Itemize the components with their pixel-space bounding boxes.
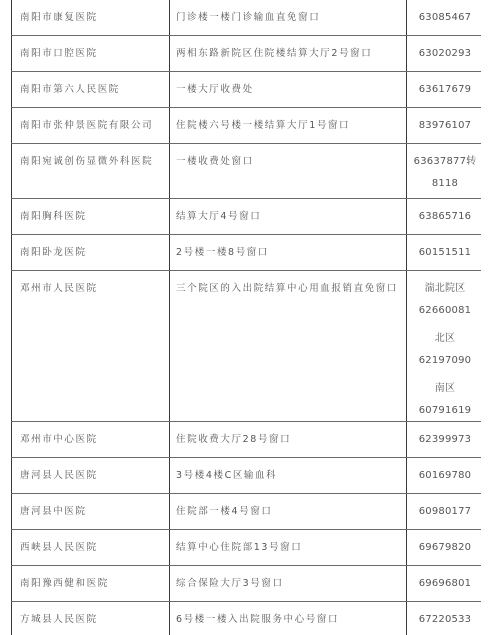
hospital-name-cell: 方城县人民医院 [11,602,169,635]
phone-number: 63637877转8118 [411,151,479,195]
settlement-location-cell: 住院收费大厅28号窗口 [169,422,406,457]
hospital-name-cell: 邓州市人民医院 [11,271,169,421]
settlement-location-cell: 结算大厅4号窗口 [169,199,406,234]
table-row: 南阳胸科医院结算大厅4号窗口63865716 [11,199,481,235]
table-row: 南阳市康复医院门诊楼一楼门诊输血直免窗口63085467 [11,0,481,36]
phone-number: 南区60791619 [411,378,479,422]
hospital-name-cell: 唐河县中医院 [11,494,169,529]
phone-cell: 63865716 [406,199,481,234]
settlement-location-cell: 两相东路新院区住院楼结算大厅2号窗口 [169,36,406,71]
hospital-name-cell: 唐河县人民医院 [11,458,169,493]
table-row: 南阳市张仲景医院有限公司住院楼六号楼一楼结算大厅1号窗口83976107 [11,108,481,144]
phone-number: 69679820 [411,537,479,559]
phone-number: 62399973 [411,429,479,451]
table-row: 唐河县中医院住院部一楼4号窗口60980177 [11,494,481,530]
settlement-location-cell: 一楼大厅收费处 [169,72,406,107]
settlement-location-cell: 门诊楼一楼门诊输血直免窗口 [169,0,406,35]
table-row: 南阳市口腔医院两相东路新院区住院楼结算大厅2号窗口63020293 [11,36,481,72]
phone-cell: 83976107 [406,108,481,143]
phone-cell: 67220533 [406,602,481,635]
hospital-name-cell: 南阳宛诚创伤显微外科医院 [11,144,169,198]
table-row: 南阳宛诚创伤显微外科医院一楼收费处窗口63637877转8118 [11,144,481,199]
phone-cell: 69696801 [406,566,481,601]
phone-number: 67220533 [411,609,479,631]
hospital-name-cell: 南阳市康复医院 [11,0,169,35]
hospital-contact-table: 南阳市康复医院门诊楼一楼门诊输血直免窗口63085467南阳市口腔医院两相东路新… [11,0,481,635]
settlement-location-cell: 6号楼一楼入出院服务中心号窗口 [169,602,406,635]
settlement-location-cell: 住院部一楼4号窗口 [169,494,406,529]
phone-cell: 60151511 [406,235,481,270]
phone-cell: 60980177 [406,494,481,529]
phone-cell: 62399973 [406,422,481,457]
settlement-location-cell: 综合保险大厅3号窗口 [169,566,406,601]
table-row: 邓州市人民医院三个院区的入出院结算中心用血报销直免窗口湍北院区62660081北… [11,271,481,422]
table-row: 南阳卧龙医院2号楼一楼8号窗口60151511 [11,235,481,271]
phone-cell: 69679820 [406,530,481,565]
hospital-name-cell: 西峡县人民医院 [11,530,169,565]
phone-number: 北区62197090 [411,328,479,372]
phone-number: 63020293 [411,43,479,65]
hospital-name-cell: 南阳市口腔医院 [11,36,169,71]
table-row: 唐河县人民医院3号楼4楼C区输血科60169780 [11,458,481,494]
hospital-name-cell: 南阳胸科医院 [11,199,169,234]
table-row: 南阳市第六人民医院一楼大厅收费处63617679 [11,72,481,108]
hospital-name-cell: 南阳市张仲景医院有限公司 [11,108,169,143]
hospital-name-cell: 南阳市第六人民医院 [11,72,169,107]
settlement-location-cell: 3号楼4楼C区输血科 [169,458,406,493]
phone-cell: 湍北院区62660081北区62197090南区60791619 [406,271,481,421]
phone-cell: 63637877转8118 [406,144,481,198]
phone-number: 60151511 [411,242,479,264]
phone-cell: 60169780 [406,458,481,493]
phone-number: 63617679 [411,79,479,101]
hospital-name-cell: 邓州市中心医院 [11,422,169,457]
phone-cell: 63617679 [406,72,481,107]
phone-number: 60980177 [411,501,479,523]
hospital-name-cell: 南阳卧龙医院 [11,235,169,270]
phone-number: 83976107 [411,115,479,137]
phone-number: 63085467 [411,7,479,29]
settlement-location-cell: 住院楼六号楼一楼结算大厅1号窗口 [169,108,406,143]
settlement-location-cell: 2号楼一楼8号窗口 [169,235,406,270]
phone-number: 69696801 [411,573,479,595]
phone-number: 60169780 [411,465,479,487]
table-row: 邓州市中心医院住院收费大厅28号窗口62399973 [11,422,481,458]
table-row: 南阳豫西健和医院综合保险大厅3号窗口69696801 [11,566,481,602]
settlement-location-cell: 一楼收费处窗口 [169,144,406,198]
phone-number: 63865716 [411,206,479,228]
table-row: 西峡县人民医院结算中心住院部13号窗口69679820 [11,530,481,566]
hospital-name-cell: 南阳豫西健和医院 [11,566,169,601]
phone-cell: 63020293 [406,36,481,71]
table-row: 方城县人民医院6号楼一楼入出院服务中心号窗口67220533 [11,602,481,635]
settlement-location-cell: 三个院区的入出院结算中心用血报销直免窗口 [169,271,406,421]
phone-cell: 63085467 [406,0,481,35]
settlement-location-cell: 结算中心住院部13号窗口 [169,530,406,565]
phone-number: 湍北院区62660081 [411,278,479,322]
